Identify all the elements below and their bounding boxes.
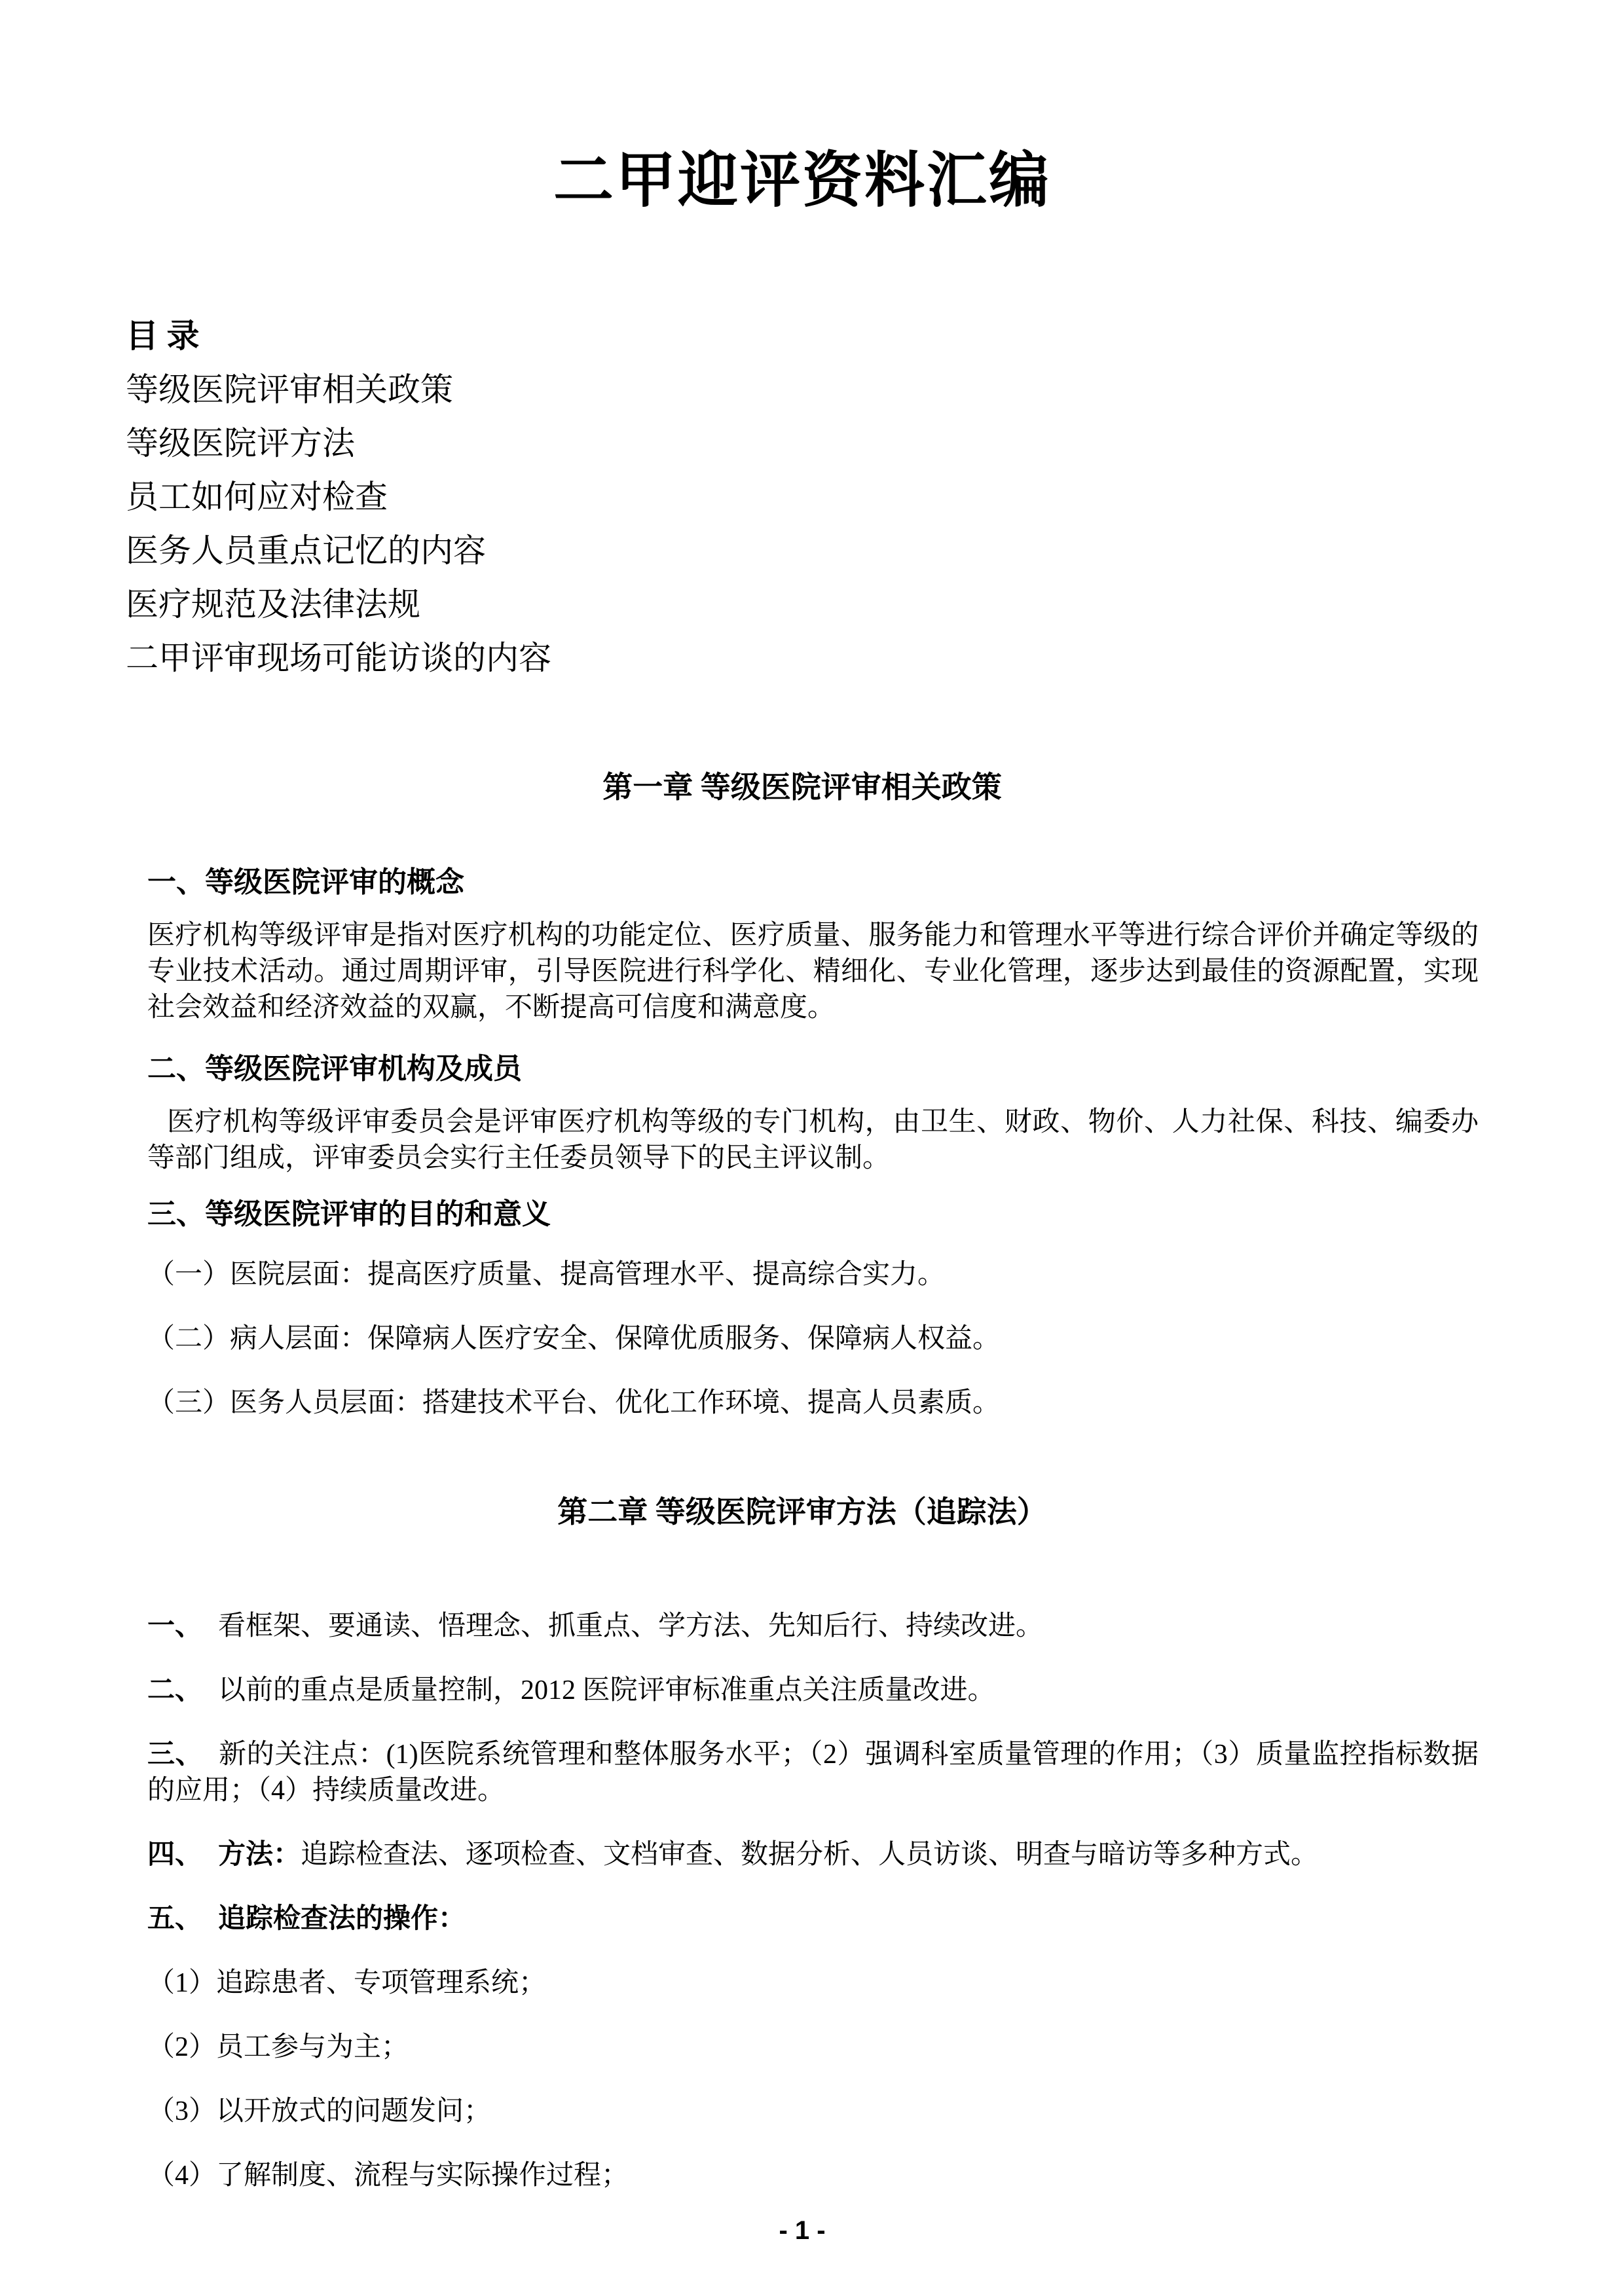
paragraph: 医疗机构等级评审委员会是评审医疗机构等级的专门机构，由卫生、财政、物价、人力社保… <box>147 1104 1479 1176</box>
toc-item: 二甲评审现场可能访谈的内容 <box>126 642 1479 674</box>
table-of-contents: 目 录 等级医院评审相关政策 等级医院评方法 员工如何应对检查 医务人员重点记忆… <box>126 319 1479 674</box>
list-item-text: 追踪检查法、逐项检查、文档审查、数据分析、人员访谈、明查与暗访等多种方式。 <box>301 1840 1318 1870</box>
list-item-number: 三、 <box>147 1740 203 1770</box>
page-number: - 1 - <box>126 2217 1479 2244</box>
list-item: （三）医务人员层面：搭建技术平台、优化工作环境、提高人员素质。 <box>147 1385 1479 1421</box>
list-item-number: 一、 <box>147 1611 202 1641</box>
toc-item: 医疗规范及法律法规 <box>126 588 1479 621</box>
chapter2-heading: 第二章 等级医院评审方法（追踪法） <box>126 1497 1479 1527</box>
list-item: 一、看框架、要通读、悟理念、抓重点、学方法、先知后行、持续改进。 <box>147 1609 1479 1645</box>
list-item-bold-lead: 追踪检查法的操作： <box>218 1904 466 1934</box>
list-item: 三、新的关注点：(1)医院系统管理和整体服务水平；（2）强调科室质量管理的作用；… <box>147 1737 1479 1809</box>
sub-list-item: （2）员工参与为主； <box>147 2030 1479 2066</box>
list-item: 二、以前的重点是质量控制，2012 医院评审标准重点关注质量改进。 <box>147 1673 1479 1709</box>
list-item: （一）医院层面：提高医疗质量、提高管理水平、提高综合实力。 <box>147 1257 1479 1293</box>
list-item-text: 新的关注点：(1)医院系统管理和整体服务水平；（2）强调科室质量管理的作用；（3… <box>147 1740 1479 1806</box>
toc-item: 等级医院评审相关政策 <box>126 373 1479 406</box>
sub-list-item: （4）了解制度、流程与实际操作过程； <box>147 2158 1479 2194</box>
paragraph: 医疗机构等级评审是指对医疗机构的功能定位、医疗质量、服务能力和管理水平等进行综合… <box>147 918 1479 1026</box>
section-heading: 三、等级医院评审的目的和意义 <box>147 1200 1479 1229</box>
sub-list-item: （1）追踪患者、专项管理系统； <box>147 1965 1479 2001</box>
toc-item: 医务人员重点记忆的内容 <box>126 534 1479 567</box>
chapter1-heading: 第一章 等级医院评审相关政策 <box>126 773 1479 803</box>
list-item-text: 以前的重点是质量控制，2012 医院评审标准重点关注质量改进。 <box>218 1675 995 1705</box>
toc-item: 等级医院评方法 <box>126 427 1479 460</box>
list-item-number: 五、 <box>147 1904 202 1934</box>
list-item: 四、方法：追踪检查法、逐项检查、文档审查、数据分析、人员访谈、明查与暗访等多种方… <box>147 1837 1479 1873</box>
list-item-bold-lead: 方法： <box>218 1840 301 1870</box>
document-page: 二甲迎评资料汇编 目 录 等级医院评审相关政策 等级医院评方法 员工如何应对检查… <box>0 0 1624 2296</box>
list-item-number: 四、 <box>147 1840 202 1870</box>
list-item: 五、追踪检查法的操作： <box>147 1901 1479 1937</box>
list-item-text: 看框架、要通读、悟理念、抓重点、学方法、先知后行、持续改进。 <box>218 1611 1043 1641</box>
toc-item: 员工如何应对检查 <box>126 481 1479 513</box>
sub-list-item: （3）以开放式的问题发问； <box>147 2094 1479 2130</box>
list-item-number: 二、 <box>147 1675 202 1705</box>
list-item: （二）病人层面：保障病人医疗安全、保障优质服务、保障病人权益。 <box>147 1321 1479 1357</box>
section-heading: 二、等级医院评审机构及成员 <box>147 1055 1479 1084</box>
document-title: 二甲迎评资料汇编 <box>126 151 1479 211</box>
section-heading: 一、等级医院评审的概念 <box>147 868 1479 897</box>
toc-heading: 目 录 <box>126 319 1479 352</box>
